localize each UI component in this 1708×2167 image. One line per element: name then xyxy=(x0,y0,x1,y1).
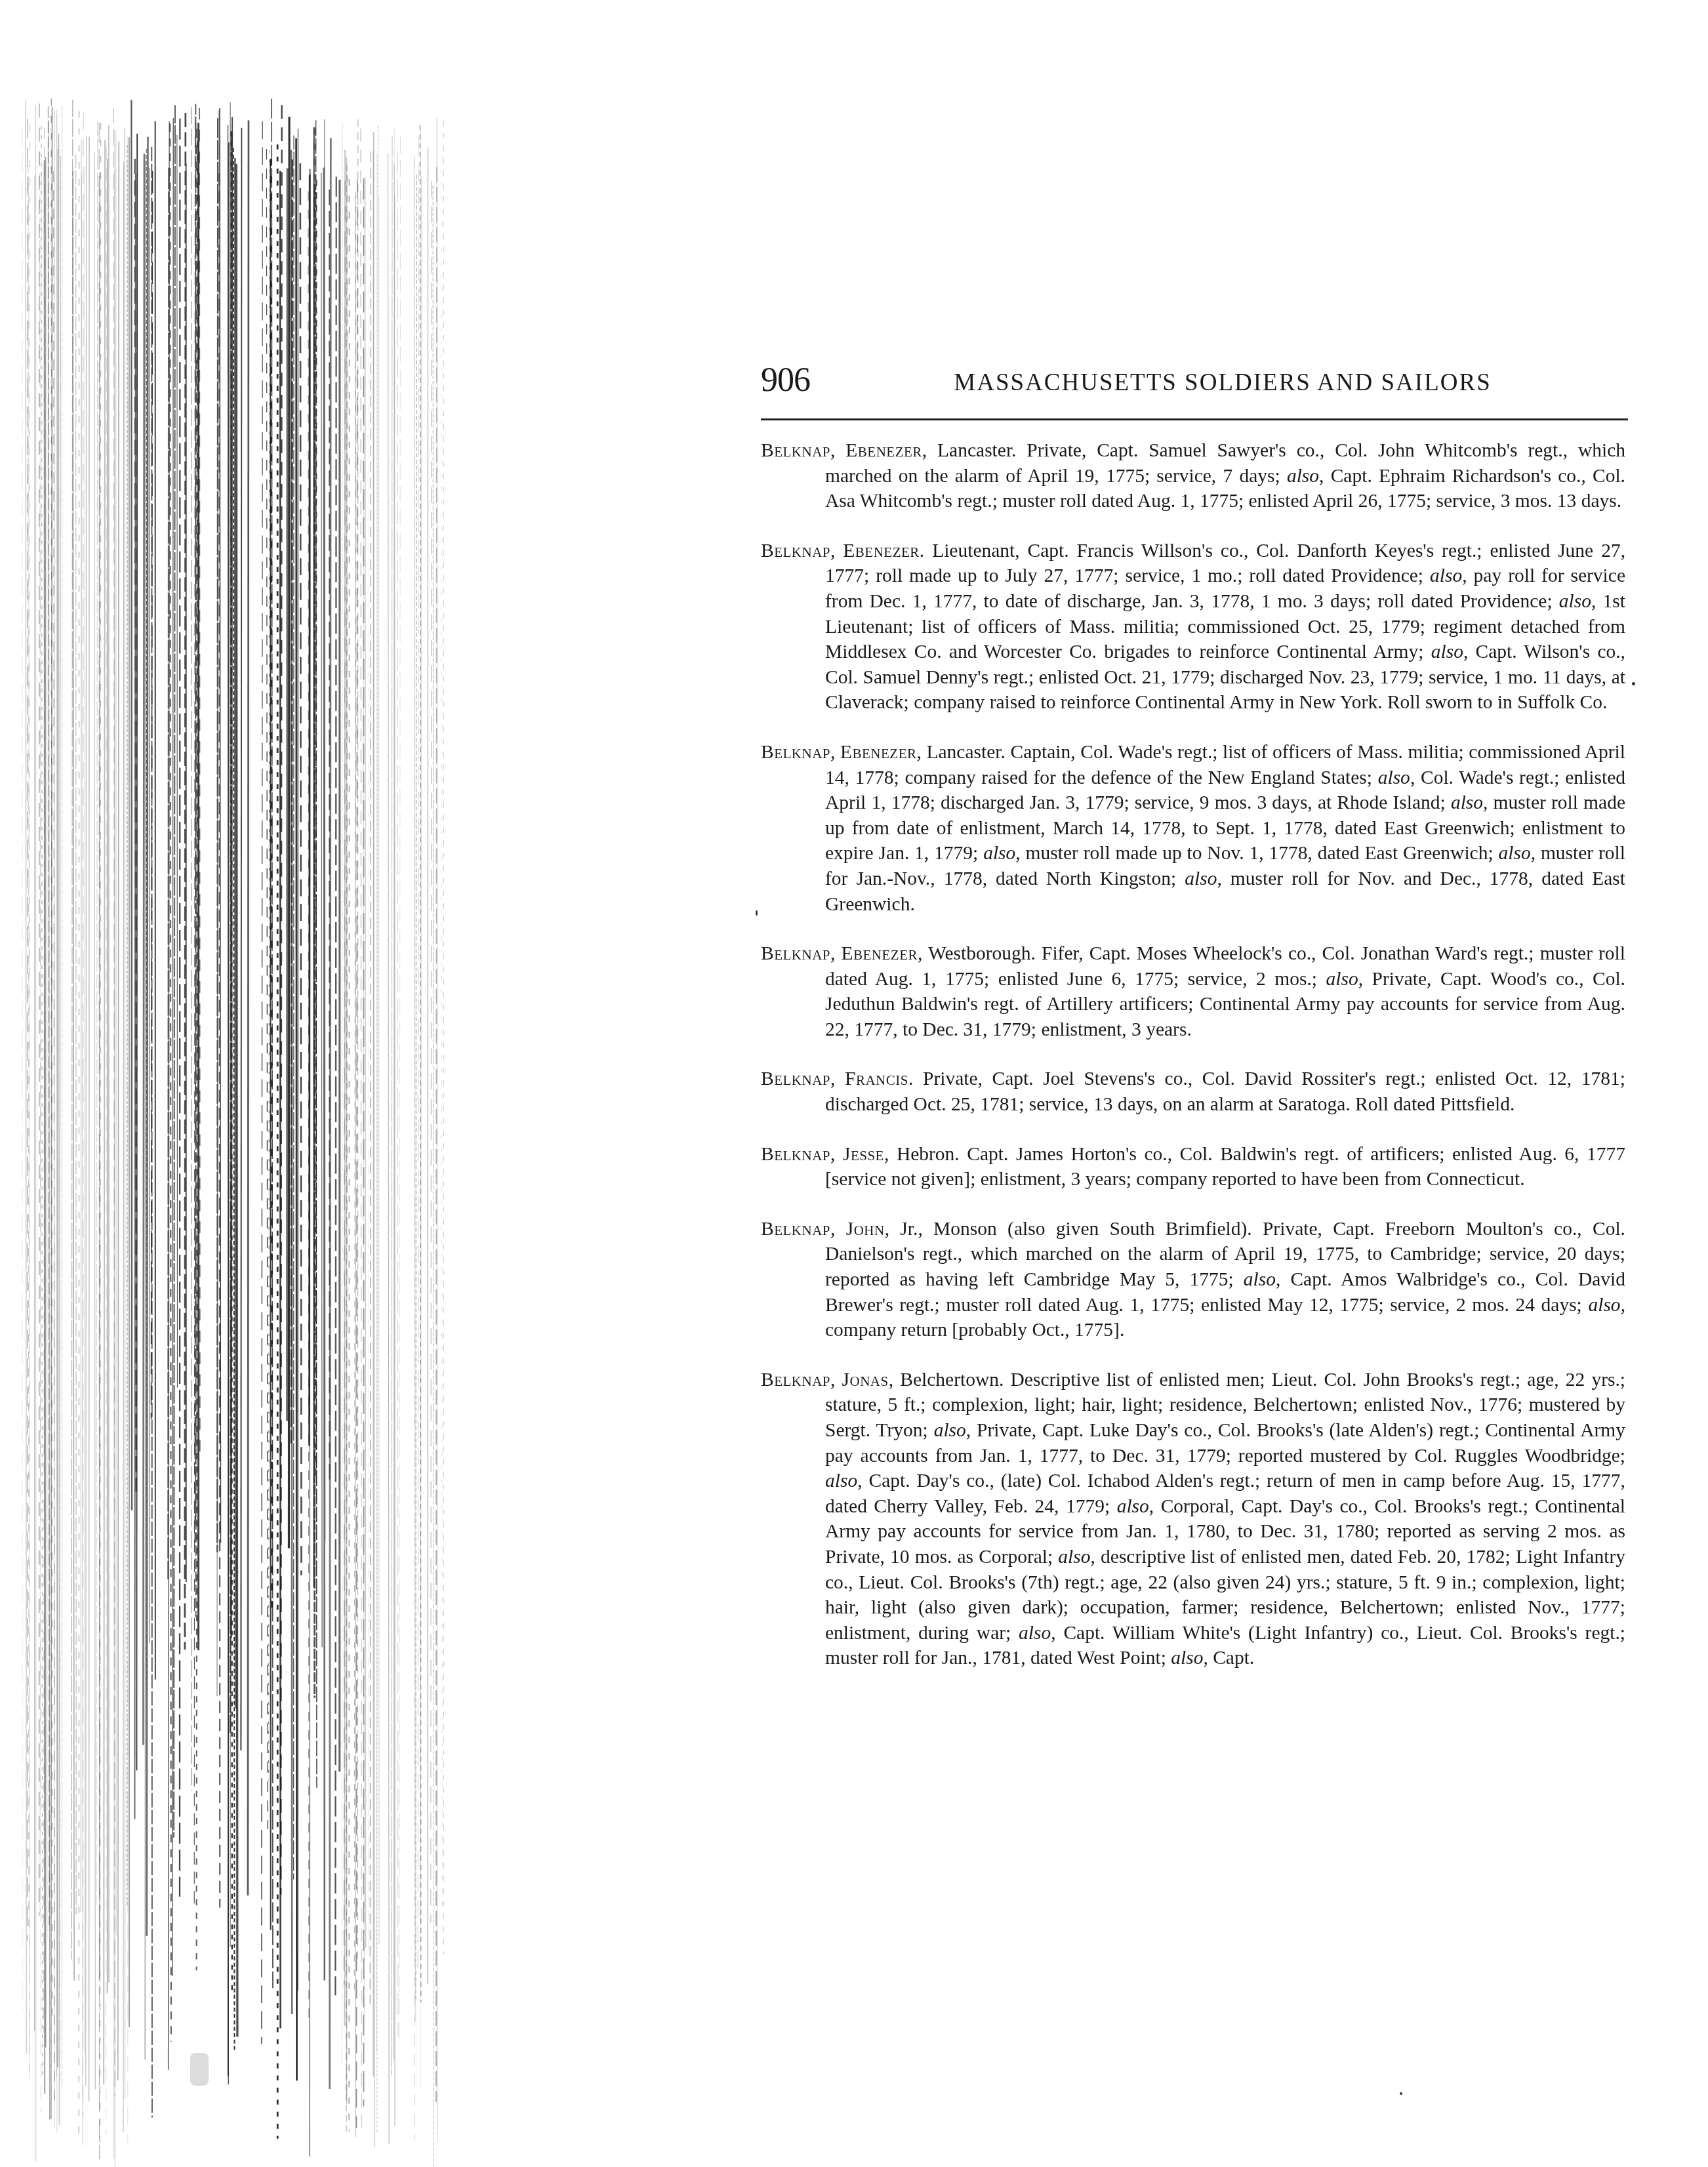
also-italic: also xyxy=(1378,767,1410,788)
entry-text: . Private, Capt. Joel Stevens's co., Col… xyxy=(825,1068,1625,1115)
stray-ink-mark xyxy=(1632,682,1635,685)
entry-list: Belknap, Ebenezer, Lancaster. Private, C… xyxy=(761,438,1625,1695)
page-header: 906 MASSACHUSETTS SOLDIERS AND SAILORS xyxy=(761,354,1625,413)
entry-surname: Belknap xyxy=(761,440,830,461)
also-italic: also xyxy=(1171,1648,1203,1669)
stray-ink-mark xyxy=(1400,2092,1402,2095)
entry-text: , muster roll made up to Nov. 1, 1778, d… xyxy=(1015,843,1498,864)
also-italic: also xyxy=(1498,843,1530,864)
entry: Belknap, Ebenezer, Westborough. Fifer, C… xyxy=(761,941,1625,1042)
entry-given-name: Ebenezer xyxy=(845,440,922,461)
running-title: MASSACHUSETTS SOLDIERS AND SAILORS xyxy=(761,369,1625,397)
entry-given-name: Ebenezer xyxy=(840,742,917,763)
entry-text: , Hebron. Capt. James Horton's co., Col.… xyxy=(825,1144,1625,1190)
entry-given-name: Francis xyxy=(845,1068,908,1089)
entry-given-name: Ebenezer xyxy=(843,540,920,561)
entry: Belknap, Ebenezer, Lancaster. Captain, C… xyxy=(761,740,1625,917)
entry-surname: Belknap xyxy=(761,742,830,763)
entry-surname: Belknap xyxy=(761,540,830,561)
entry-given-name: Jonas xyxy=(842,1369,889,1390)
entry-given-name: Jesse xyxy=(843,1144,884,1165)
also-italic: also xyxy=(983,843,1015,864)
entry: Belknap, Ebenezer. Lieutenant, Capt. Fra… xyxy=(761,538,1625,716)
entry-text: , Capt. xyxy=(1203,1648,1254,1669)
also-italic: also xyxy=(1431,641,1463,662)
also-italic: also xyxy=(1451,792,1483,813)
book-page: 906 MASSACHUSETTS SOLDIERS AND SAILORS B… xyxy=(761,354,1625,413)
also-italic: also xyxy=(1058,1547,1090,1568)
entry: Belknap, Ebenezer, Lancaster. Private, C… xyxy=(761,438,1625,514)
entry-surname: Belknap xyxy=(761,1068,830,1089)
entry: Belknap, Jesse, Hebron. Capt. James Hort… xyxy=(761,1142,1625,1192)
also-italic: also xyxy=(825,1470,857,1491)
also-italic: also xyxy=(1559,591,1591,612)
also-italic: also xyxy=(1117,1496,1149,1517)
entry-given-name: John xyxy=(846,1219,885,1240)
book-page-edges xyxy=(0,0,459,2167)
stray-ink-mark xyxy=(756,910,758,916)
entry-surname: Belknap xyxy=(761,1219,830,1240)
also-italic: also xyxy=(1244,1269,1276,1290)
header-rule xyxy=(761,418,1628,420)
entry-surname: Belknap xyxy=(761,943,830,964)
also-italic: also xyxy=(1326,969,1358,990)
also-italic: also xyxy=(1287,466,1319,487)
also-italic: also xyxy=(934,1420,966,1441)
entry-given-name: Ebenezer xyxy=(842,943,918,964)
entry: Belknap, Jonas, Belchertown. Descriptive… xyxy=(761,1367,1625,1671)
entry-surname: Belknap xyxy=(761,1369,830,1390)
entry: Belknap, John, Jr., Monson (also given S… xyxy=(761,1217,1625,1343)
entry: Belknap, Francis. Private, Capt. Joel St… xyxy=(761,1066,1625,1117)
also-italic: also xyxy=(1019,1623,1051,1644)
also-italic: also xyxy=(1588,1295,1620,1316)
also-italic: also xyxy=(1185,868,1217,889)
also-italic: also xyxy=(1430,565,1462,586)
entry-surname: Belknap xyxy=(761,1144,830,1165)
